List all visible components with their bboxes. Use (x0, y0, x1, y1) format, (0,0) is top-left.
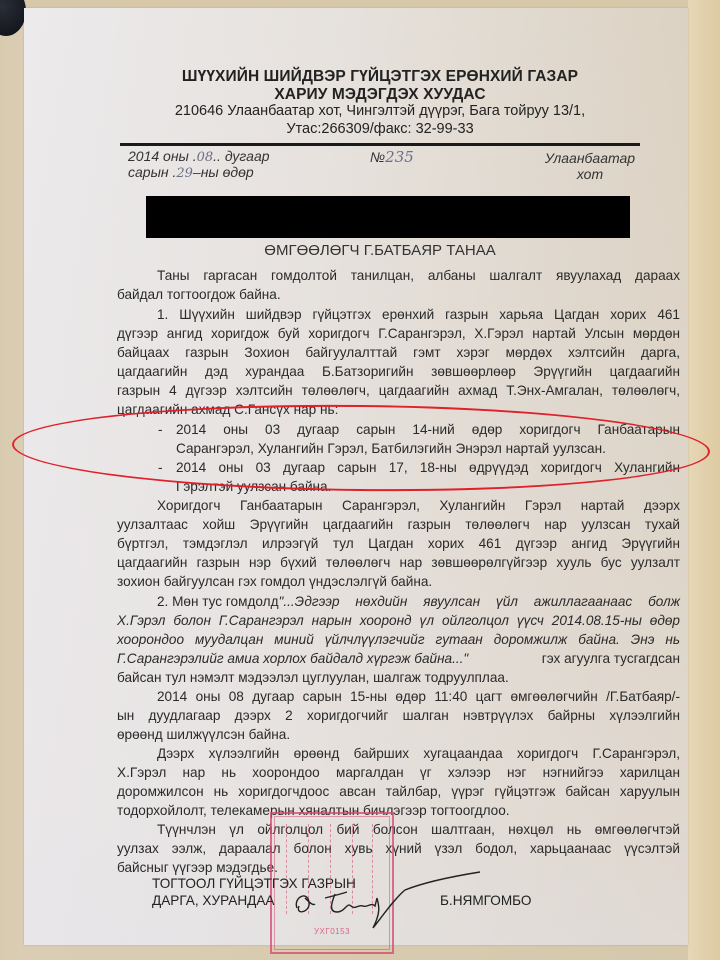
body-line: ын дуудлагаар дээрх 2 хоригдогчийг шалга… (117, 706, 680, 725)
body-line: зохион байгуулсан гэх гомдол үндэслэлгүй… (117, 572, 680, 591)
body-line: Дээрх хүлээлгийн өрөөнд байрших хугацаан… (117, 744, 680, 763)
month-handwritten: 08 (197, 150, 214, 165)
doc-type: ХАРИУ МЭДЭГДЭХ ХУУДАС (120, 86, 640, 104)
body-line: байдал тогтоогдож байна. (117, 285, 680, 304)
dark-object-corner (0, 0, 26, 36)
redacted-block (146, 196, 630, 238)
number-handwritten: 235 (385, 148, 414, 166)
para2-line-2: Х.Гэрэл болон Г.Сарангэрэл нарын хооронд… (117, 611, 680, 630)
body-line: газрын 4 дүгээр хэлтсийн төлөөлөгч, цагд… (117, 381, 680, 400)
phone-fax: Утас:266309/факс: 32-99-33 (120, 121, 640, 137)
body-line: дүгээр ангид хоригдож буй хоригдогч Г.Са… (117, 324, 680, 343)
body-line: Хоригдогч Ганбаатарын Сарангэрэл, Хуланг… (117, 496, 680, 515)
body-line: Таны гаргасан гомдолтой танилцан, албаны… (117, 266, 680, 285)
header-rule (120, 143, 640, 146)
para2-line-3: хоорондоо муудалцан миний үйлчлүүлэгчийг… (117, 630, 680, 649)
city-line-1: Улаанбаатар (540, 150, 640, 166)
body-line: өрөөнд шилжүүлсэн байна. (117, 725, 680, 744)
org-name: ШҮҮХИЙН ШИЙДВЭР ГҮЙЦЭТГЭХ ЕРӨНХИЙ ГАЗАР (120, 68, 640, 86)
body-line: цагдаагийн газрын нэр бүхий төлөөлөгч на… (117, 553, 680, 572)
background-table (688, 0, 720, 960)
body-line: байцаах газрын Зохион байгуулалттай гэмт… (117, 343, 680, 362)
signatory-title-2: ДАРГА, ХУРАНДАА (152, 893, 275, 908)
body-line: бүртгэл, тэмдэглэл илрээгүй тул Цагдан х… (117, 534, 680, 553)
para2-line-4: Г.Сарангэрэлийг амиа хорлох байдалд хүрг… (117, 649, 680, 668)
address: 210646 Улаанбаатар хот, Чингэлтэй дүүрэг… (120, 103, 640, 119)
body-line: уулзалтаас хойш Эрүүгийн цагдаагийн газр… (117, 515, 680, 534)
body-line: Х.Гэрэл нар нь хоорондоо маргалдан үг хэ… (117, 763, 680, 782)
body-line: Түүнчлэн үл ойлголцол бий болсон шалтгаа… (117, 820, 680, 839)
date-line-2: сарын .29–ны өдөр (128, 164, 254, 181)
body-line: 1. Шүүхийн шийдвэр гүйцэтгэх ерөнхий газ… (117, 305, 680, 324)
city-line-2: хот (540, 166, 640, 182)
body-line: 2014 оны 08 дугаар сарын 15-ны өдөр 11:4… (117, 687, 680, 706)
handwritten-signature (285, 868, 485, 938)
day-handwritten: 29 (176, 166, 193, 181)
para2-line-5: байсан тул нэмэлт мэдээлэл цуглуулан, ша… (117, 668, 680, 687)
document-number: №235 (370, 148, 414, 166)
date-line-1: 2014 оны .08.. дугаар (128, 148, 270, 165)
body-line: доромжилсон нь хоригдогчдоос авсан тайлб… (117, 782, 680, 801)
body-line: уулзах ээлж, дараалал болон хувь хүний ү… (117, 839, 680, 858)
addressee: ӨМГӨӨЛӨГЧ Г.БАТБАЯР ТАНАА (120, 242, 640, 259)
para2-line-1: 2. Мөн тус гомдолд "...Эдгээр нөхдийн яв… (157, 592, 680, 611)
body-line: цагдаагийн дэд хурандаа Б.Батзоригийн зө… (117, 362, 680, 381)
body-line: тодорхойлолт, телекамерын хяналтын бичлэ… (117, 801, 680, 820)
